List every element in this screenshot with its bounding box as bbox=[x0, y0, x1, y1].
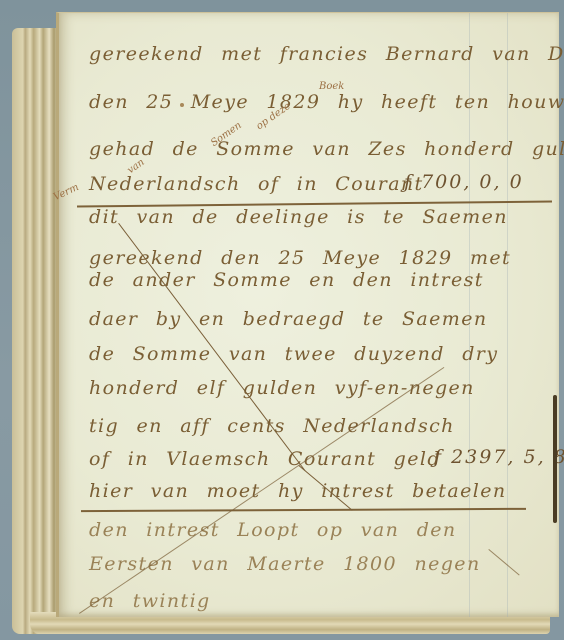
entry2-line-3: de ander Somme en den intrest bbox=[89, 269, 484, 291]
entry1-amount: ƒ 700, 0, 0 bbox=[404, 171, 524, 193]
cancellation-stroke-tail bbox=[488, 549, 519, 576]
entry1-line-2: den 25 Meye 1829 hy heeft ten houwelyke bbox=[89, 91, 564, 113]
annotation-margin: Verm bbox=[52, 182, 81, 203]
manuscript-page: gereekend met francies Bernard van Damme… bbox=[56, 12, 559, 617]
annotation-boek: Boek bbox=[319, 81, 344, 92]
entry1-line-4: Nederlandsch of in Courant bbox=[89, 173, 424, 195]
separator-rule-2 bbox=[81, 508, 526, 512]
entry2-line-4: daer by en bedraegd te Saemen bbox=[89, 308, 488, 330]
entry2-line-5: de Somme van twee duyzend dry bbox=[89, 343, 498, 365]
entry2-line-1: dit van de deelinge is te Saemen bbox=[89, 206, 508, 228]
entry3-line-1: den intrest Loopt op van den bbox=[89, 519, 457, 541]
page-edge-mark bbox=[553, 395, 557, 523]
entry1-line-1: gereekend met francies Bernard van Damme bbox=[89, 43, 564, 65]
ink-spot bbox=[180, 103, 184, 107]
entry2-line-2: gereekend den 25 Meye 1829 met bbox=[89, 247, 511, 269]
entry2-amount: ƒ 2397, 5, 8 bbox=[434, 446, 564, 468]
entry3-line-2: Eersten van Maerte 1800 negen bbox=[89, 553, 481, 575]
entry1-line-3: gehad de Somme van Zes honderd guldens bbox=[89, 138, 564, 160]
entry2-line-8: of in Vlaemsch Courant geld bbox=[89, 448, 441, 470]
entry2-line-6: honderd elf gulden vyf-en-negen bbox=[89, 377, 475, 399]
entry2-line-9: hier van moet hy intrest betaelen bbox=[89, 480, 506, 502]
